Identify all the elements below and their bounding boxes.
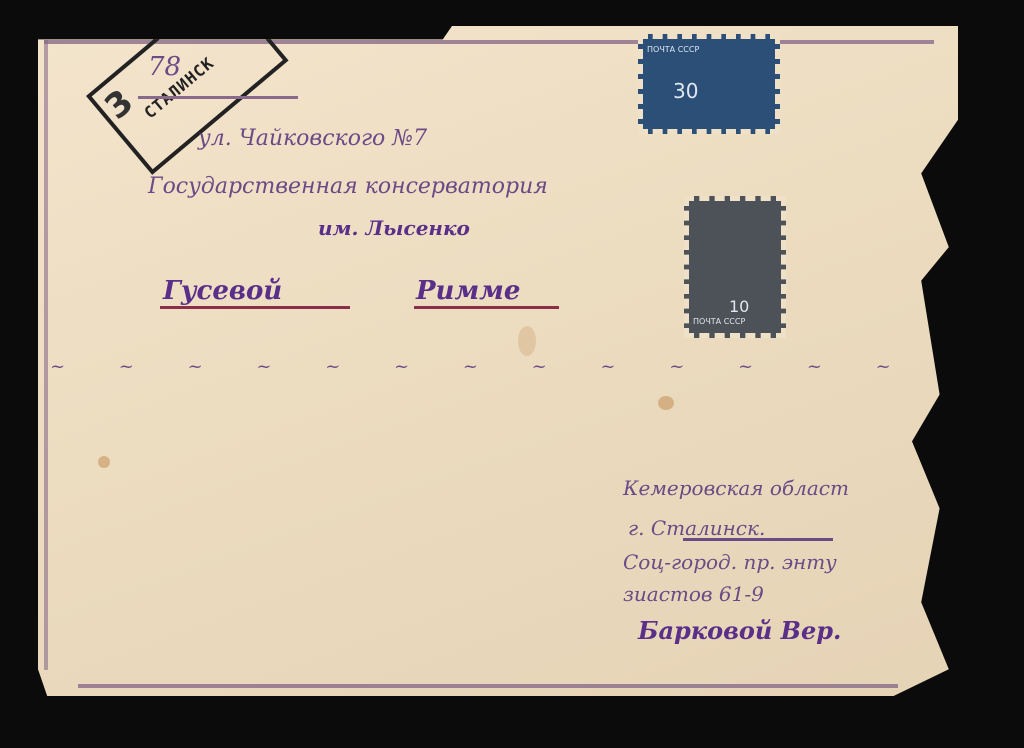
recipient-surname: Гусевой xyxy=(163,276,282,306)
postage-stamp-10: ПОЧТА СССР 10 xyxy=(684,196,786,338)
sender-street-line2: зиастов 61-9 xyxy=(623,582,764,606)
recipient-street: ул. Чайковского №7 xyxy=(198,126,427,151)
registration-number: 3 xyxy=(97,82,141,128)
recipient-institution: Государственная консерватория xyxy=(148,174,548,199)
sender-region: Кемеровская област xyxy=(623,476,849,500)
surname-underline xyxy=(160,306,350,309)
envelope: 3 СТАЛИНСК 78 ПОЧТА СССР 30 ПОЧТА СССР 1… xyxy=(38,26,958,696)
first-name-underline xyxy=(414,306,559,309)
recipient-named-after: им. Лысенко xyxy=(318,216,470,240)
postage-stamp-30: ПОЧТА СССР 30 xyxy=(638,34,780,134)
envelope-border-left xyxy=(44,40,48,670)
top-underline xyxy=(138,96,298,99)
sender-city-underline xyxy=(683,538,833,541)
stain xyxy=(98,456,110,468)
sender-city: г. Сталинск. xyxy=(628,516,765,540)
handwritten-number: 78 xyxy=(148,52,181,82)
recipient-first-name: Римме xyxy=(416,276,520,306)
sender-street-line1: Соц-город. пр. энту xyxy=(623,550,837,574)
sender-name: Барковой Вер. xyxy=(638,616,841,645)
envelope-border-bottom xyxy=(78,684,898,688)
decorative-separator: ~ ~ ~ ~ ~ ~ ~ ~ ~ ~ ~ ~ ~ xyxy=(50,356,915,377)
stain xyxy=(518,326,536,356)
stain xyxy=(658,396,674,410)
